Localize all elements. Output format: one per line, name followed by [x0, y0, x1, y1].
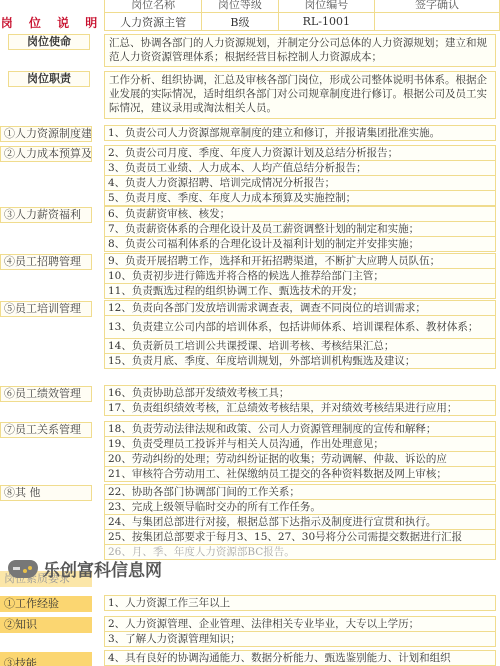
- duty-item: 25、按集团总部要求于每月3、15、27、30号将分公司需提交数据进行汇报: [104, 529, 496, 545]
- watermark-text: 乐创富科信息网: [43, 556, 162, 581]
- col-position-grade: 岗位等级: [202, 0, 278, 13]
- watermark: 乐创富科信息网: [8, 556, 162, 581]
- requirement-item: 2、人力资源管理、企业管理、法律相关专业毕业，大专以上学历；: [104, 616, 496, 632]
- value-position-grade: B级: [202, 13, 278, 31]
- duty-item: 22、协助各部门协调部门间的工作关系；: [104, 484, 496, 500]
- section-items-4: 9、负责开展招聘工作，选择和开拓招聘渠道，不断扩大应聘人员队伍； 10、负责初步…: [104, 254, 496, 299]
- section-label-8: ⑧其 他: [0, 485, 92, 501]
- duty-item: 5、负责月度、季度、年度人力成本预算及实施控制；: [104, 190, 496, 206]
- duty-item: 21、审核符合劳动用工、社保缴纳员工提交的各种资料数据及网上审核；: [104, 466, 496, 482]
- duty-item: 17、负责组织绩效考核，汇总绩效考核结果，并对绩效考核结果进行应用；: [104, 400, 496, 416]
- req-items-3: 4、具有良好的协调沟通能力、数据分析能力、甄选鉴别能力、计划和组织: [104, 651, 496, 666]
- duty-item: 10、负责初步进行筛选并将合格的候选人推荐给部门主管；: [104, 268, 496, 284]
- duty-item: 23、完成上级领导临时交办的所有工作任务。: [104, 499, 496, 515]
- duties-text: 工作分析、组织协调，汇总及审核各部门岗位，形成公司整体说明书体系。根据企业发展的…: [104, 71, 496, 119]
- requirement-item: 1、人力资源工作三年以上: [104, 595, 496, 611]
- duty-item: 6、负责薪资审核、核发；: [104, 206, 496, 222]
- section-items-5: 12、负责向各部门发放培训需求调查表，调查不同岗位的培训需求； 13、负责建立公…: [104, 301, 496, 369]
- duties-label: 岗位职责: [8, 71, 90, 87]
- duty-item: 16、负责协助总部开发绩效考核工具；: [104, 385, 496, 401]
- section-label-7: ⑦员工关系管理: [0, 422, 92, 438]
- duty-item: 15、负责月底、季度、年度培训规划，外部培训机构甄选及建议；: [104, 353, 496, 369]
- value-position-name: 人力资源主管: [105, 13, 202, 31]
- value-position-id: RL-1001: [278, 13, 374, 31]
- requirement-item: 3、了解人力资源管理知识；: [104, 631, 496, 647]
- req-items-2: 2、人力资源管理、企业管理、法律相关专业毕业，大专以上学历； 3、了解人力资源管…: [104, 617, 496, 647]
- gamepad-icon: [8, 560, 38, 578]
- duty-item: 7、负责薪资体系的合理化设计及员工薪资调整计划的制定和实施；: [104, 221, 496, 237]
- duty-item: 4、负责人力资源招聘、培训完成情况分析报告；: [104, 175, 496, 191]
- section-label-1: ①人力资源制度建: [0, 126, 92, 142]
- section-items-6: 16、负责协助总部开发绩效考核工具； 17、负责组织绩效考核，汇总绩效考核结果，…: [104, 386, 496, 416]
- col-signature: 签字确认: [375, 0, 500, 13]
- header-values: 人力资源主管 B级 RL-1001: [105, 13, 500, 31]
- duty-item: 11、负责甄选过程的组织协调工作、甄选技术的开发；: [104, 283, 496, 299]
- requirement-item: 4、具有良好的协调沟通能力、数据分析能力、甄选鉴别能力、计划和组织: [104, 650, 496, 666]
- duty-item: 20、劳动纠纷的处理；劳动纠纷证据的收集；劳动调解、仲裁、诉讼的应: [104, 451, 496, 467]
- section-label-4: ④员工招聘管理: [0, 254, 92, 270]
- section-items-7: 18、负责劳动法律法规和政策、公司人力资源管理制度的宣传和解释； 19、负责受理…: [104, 422, 496, 482]
- duty-item: 2、负责公司月度、季度、年度人力资源计划及总结分析报告；: [104, 145, 496, 161]
- document-title: 岗 位 说 明 书: [0, 14, 104, 32]
- section-label-6: ⑥员工绩效管理: [0, 386, 92, 402]
- section-label-2: ②人力成本预算及: [0, 146, 92, 162]
- duty-item: 13、负责建立公司内部的培训体系，包括讲师体系、培训课程体系、教材体系；: [104, 315, 496, 339]
- duty-item: 19、负责受理员工投诉并与相关人员沟通，作出处理意见；: [104, 436, 496, 452]
- section-label-5: ⑤员工培训管理: [0, 301, 92, 317]
- section-label-3: ③人力薪资福利: [0, 207, 92, 223]
- mission-text: 汇总、协调各部门的人力资源规划，并制定分公司总体的人力资源规划；建立和规范人力资…: [104, 34, 496, 67]
- mission-label: 岗位使命: [8, 34, 90, 50]
- duty-item: 26、月、季、年度人力资源部BC报告。: [104, 544, 496, 560]
- duty-item: 8、负责公司福利体系的合理化设计及福利计划的制定并安排实施；: [104, 236, 496, 252]
- duty-item: 12、负责向各部门发放培训需求调查表，调查不同岗位的培训需求；: [104, 300, 496, 316]
- section-items-3: 6、负责薪资审核、核发； 7、负责薪资体系的合理化设计及员工薪资调整计划的制定和…: [104, 207, 496, 252]
- header-table: 岗位名称 岗位等级 岗位编号 签字确认 人力资源主管 B级 RL-1001: [104, 0, 500, 31]
- section-items-1: 1、负责公司人力资源部规章制度的建立和修订，并报请集团批准实施。: [104, 126, 496, 141]
- col-position-id: 岗位编号: [278, 0, 374, 13]
- duty-item: 9、负责开展招聘工作，选择和开拓招聘渠道，不断扩大应聘人员队伍；: [104, 253, 496, 269]
- duty-item: 18、负责劳动法律法规和政策、公司人力资源管理制度的宣传和解释；: [104, 421, 496, 437]
- section-items-2: 2、负责公司月度、季度、年度人力资源计划及总结分析报告； 3、负责员工业绩、人力…: [104, 146, 496, 206]
- duty-item: 1、负责公司人力资源部规章制度的建立和修订，并报请集团批准实施。: [104, 125, 496, 141]
- req-label-3: ③技能: [0, 652, 92, 666]
- col-position-name: 岗位名称: [105, 0, 202, 13]
- req-items-1: 1、人力资源工作三年以上: [104, 596, 496, 611]
- req-label-1: ①工作经验: [0, 596, 92, 612]
- duty-item: 3、负责员工业绩、人力成本、人均产值总结分析报告；: [104, 160, 496, 176]
- req-label-2: ②知识: [0, 617, 92, 633]
- duty-item: 24、与集团总部进行对接，根据总部下达指示及制度进行宣贯和执行。: [104, 514, 496, 530]
- header-columns: 岗位名称 岗位等级 岗位编号 签字确认: [105, 0, 500, 13]
- section-items-8: 22、协助各部门协调部门间的工作关系； 23、完成上级领导临时交办的所有工作任务…: [104, 485, 496, 560]
- duty-item: 14、负责新员工培训公共课授课、培训考核、考核结果汇总；: [104, 338, 496, 354]
- value-signature[interactable]: [375, 13, 500, 31]
